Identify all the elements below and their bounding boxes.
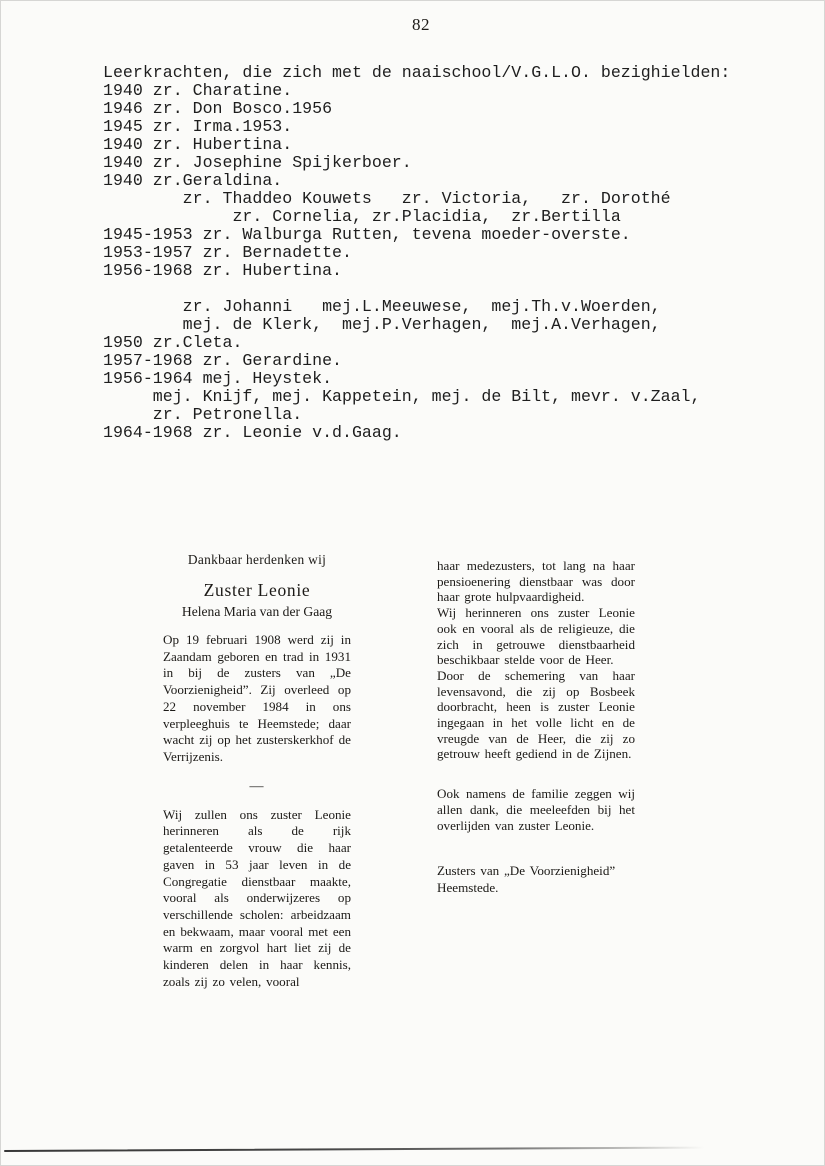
continuation-paragraph: haar medezusters, tot lang na haar pensi… bbox=[437, 558, 635, 605]
scan-artifact-line bbox=[4, 1147, 704, 1153]
passing-paragraph: Door de schemering van haar levensavond,… bbox=[437, 668, 635, 762]
signature-line-2: Heemstede. bbox=[437, 880, 635, 897]
memorial-right-column: haar medezusters, tot lang na haar pensi… bbox=[437, 558, 635, 896]
page-number: 82 bbox=[17, 15, 825, 35]
memorial-left-column: Dankbaar herdenken wij Zuster Leonie Hel… bbox=[163, 552, 351, 1004]
memorial-title: Zuster Leonie bbox=[163, 580, 351, 601]
remembrance-paragraph: Wij zullen ons zuster Leonie herinneren … bbox=[163, 807, 351, 991]
section-divider-dash: — bbox=[163, 779, 351, 795]
religious-life-paragraph: Wij herinneren ons zuster Leonie ook en … bbox=[437, 605, 635, 668]
life-dates-paragraph: Op 19 februari 1908 werd zij in Zaandam … bbox=[163, 632, 351, 766]
typewritten-teacher-list: Leerkrachten, die zich met de naaischool… bbox=[103, 64, 730, 442]
memorial-intro: Dankbaar herdenken wij bbox=[163, 552, 351, 568]
memorial-subtitle: Helena Maria van der Gaag bbox=[163, 604, 351, 620]
family-thanks-paragraph: Ook namens de familie zeggen wij allen d… bbox=[437, 786, 635, 833]
scanned-document-page: 82 Leerkrachten, die zich met de naaisch… bbox=[0, 0, 825, 1166]
signature-line-1: Zusters van „De Voorzienigheid” bbox=[437, 863, 635, 880]
congregation-signature: Zusters van „De Voorzienigheid” Heemsted… bbox=[437, 863, 635, 896]
